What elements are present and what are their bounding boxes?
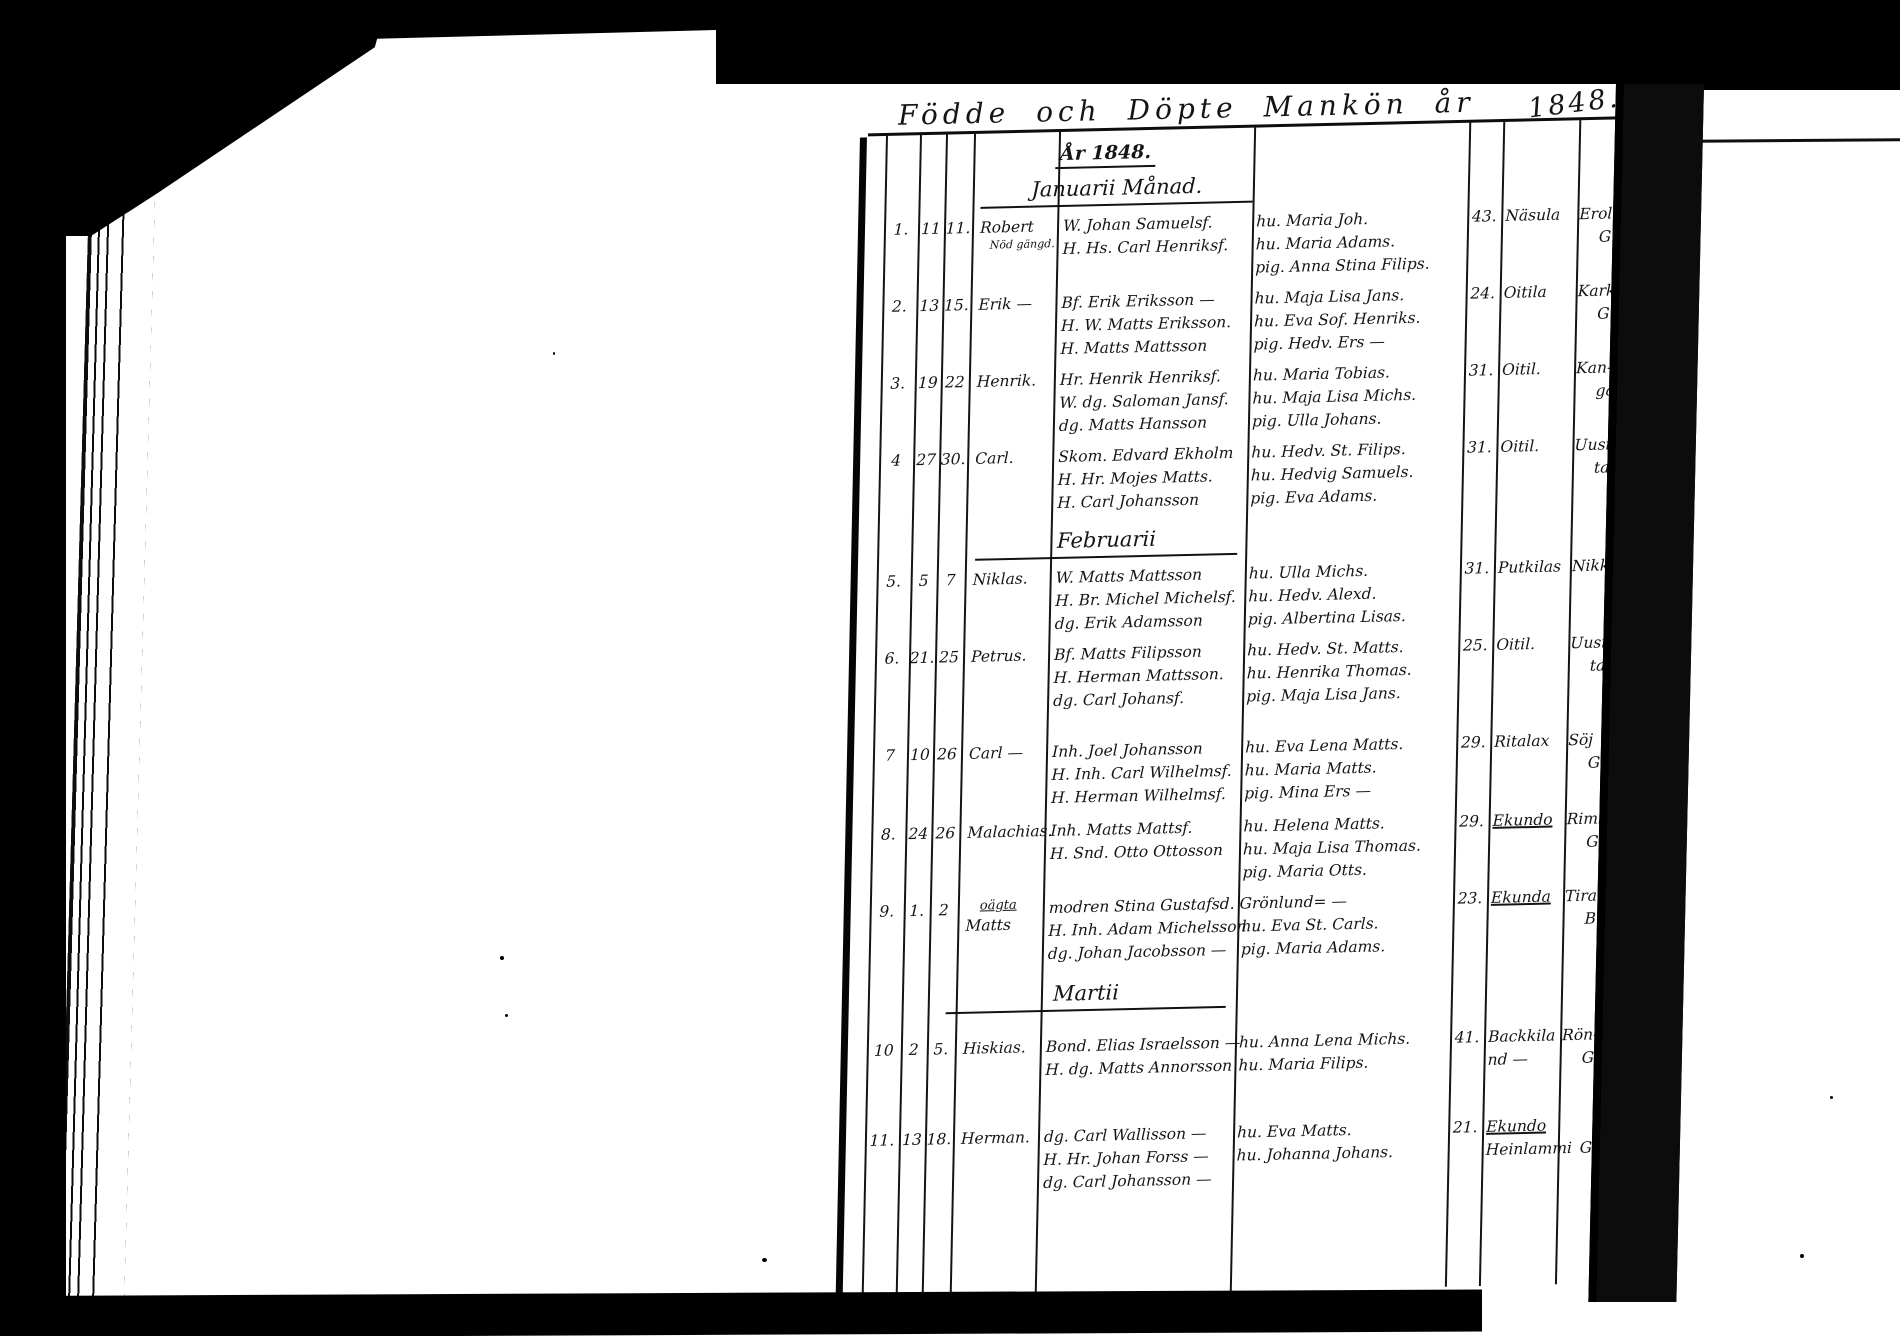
entry-village: Oitil.	[1495, 434, 1572, 505]
entry-number: 6.	[874, 647, 909, 717]
entry-mother-godmothers: hu. Hedv. St. Filips.hu. Hedvig Samuels.…	[1246, 437, 1463, 511]
register-entry: 6. 21. 25 Petrus. Bf. Matts FilipssonH. …	[874, 631, 1644, 717]
entry-number: 10	[866, 1039, 901, 1086]
scan-speck	[505, 1014, 508, 1017]
entry-village: Ritalax	[1489, 729, 1566, 800]
entry-mother-godmothers: hu. Maria Joh.hu. Maria Adams.pig. Anna …	[1251, 206, 1468, 280]
entry-mother-age: 29.	[1453, 810, 1488, 880]
entry-village: Oitila	[1498, 280, 1575, 351]
register-entry: 10 2 5. Hiskias. Bond. Elias Israelsson …	[866, 1023, 1635, 1086]
entry-village: Ekundo	[1487, 808, 1564, 879]
entry-number: 3.	[880, 372, 915, 442]
entry-mother-godmothers: hu. Eva St. Carls.pig. Maria Adams.	[1237, 888, 1454, 962]
entry-mother-godmothers: hu. Anna Lena Michs.hu. Maria Filips.	[1234, 1027, 1450, 1078]
entry-birth-day: 19	[914, 372, 941, 442]
register-table: År 1848. Januarii Månad. 1. 11 11. Rober…	[862, 118, 1655, 1300]
entry-birth-day: 13	[898, 1129, 925, 1199]
entry-child-name: Erik —	[969, 292, 1055, 363]
entry-village: EkundoHeinlammi	[1481, 1114, 1558, 1185]
entry-baptism-day: 26	[932, 743, 961, 813]
scan-border-bottom	[0, 1290, 1482, 1336]
entry-baptism-day: 5.	[926, 1038, 955, 1085]
entry-village: Backkiland —	[1483, 1024, 1560, 1072]
entry-village: Ekunda	[1486, 885, 1563, 956]
entry-baptism-day: 26	[930, 822, 959, 892]
register-entry: 9. 1. 2 oägtaMatts modren Stina Gustafsd…	[869, 884, 1639, 970]
entry-mother-godmothers: hu. Eva Matts.hu. Johanna Johans.	[1232, 1117, 1449, 1191]
entry-birth-day: 24	[904, 823, 931, 893]
entry-mother-age: 24.	[1464, 282, 1499, 352]
entry-father-witnesses: Inh. Matts Mattsf.H. Snd. Otto Ottosson	[1043, 816, 1240, 889]
entry-baptism-day: 18.	[924, 1128, 953, 1198]
entry-mother-age: 23.	[1452, 887, 1487, 957]
entry-number: 8.	[870, 823, 905, 893]
register-entry: 7 10 26 Carl — Inh. Joel JohanssonH. Inh…	[872, 728, 1642, 814]
entry-village: Putkilas	[1493, 555, 1570, 626]
entry-baptism-day: 30.	[938, 448, 967, 518]
scan-speck	[762, 1258, 767, 1262]
entry-birth-day: 1.	[903, 900, 930, 970]
entry-father-witnesses: W. Johan Samuelsf.H. Hs. Carl Henriksf.	[1056, 211, 1253, 284]
entry-village: Oitil.	[1497, 357, 1574, 428]
entry-mother-age: 31.	[1461, 436, 1496, 506]
entry-mother-age: 31.	[1459, 557, 1494, 627]
entry-child-name: RobertNöd gängd.	[971, 215, 1057, 286]
entry-child-name: Hiskias.	[954, 1036, 1040, 1084]
entry-father-witnesses: Skom. Edvard EkholmH. Hr. Mojes Matts.H.…	[1051, 442, 1248, 515]
entry-village: Näsula	[1500, 203, 1577, 274]
register-entry: 4 27 30. Carl. Skom. Edvard EkholmH. Hr.…	[878, 433, 1648, 519]
register-entry: 8. 24 26 Malachias. Inh. Matts Mattsf.H.…	[870, 807, 1640, 893]
entry-child-name: oägtaMatts	[957, 897, 1043, 968]
entry-number: 11.	[864, 1129, 899, 1199]
entry-birth-day: 5	[909, 570, 936, 640]
entry-baptism-day: 11.	[943, 217, 972, 287]
entry-mother-age: 25.	[1457, 634, 1492, 704]
entry-baptism-day: 7	[935, 569, 964, 639]
entry-baptism-day: 2	[929, 899, 958, 969]
register-entry: 11. 13 18. Herman. dg. Carl Wallisson —H…	[864, 1113, 1634, 1199]
entry-father-witnesses: dg. Carl Wallisson —H. Hr. Johan Forss —…	[1037, 1122, 1234, 1195]
entry-child-name: Henrik.	[968, 369, 1054, 440]
entry-birth-day: 21.	[908, 647, 935, 717]
entry-village: Oitil.	[1491, 632, 1568, 703]
month-heading: Martii	[946, 978, 1227, 1014]
entry-birth-day: 13	[915, 295, 942, 365]
entry-mother-age: 21.	[1447, 1116, 1482, 1186]
entry-baptism-day: 25	[934, 646, 963, 716]
scan-page-left	[60, 28, 716, 1304]
entry-mother-age: 43.	[1466, 205, 1501, 275]
entry-child-name: Carl.	[966, 446, 1052, 517]
entry-mother-godmothers: hu. Ulla Michs.hu. Hedv. Alexd.pig. Albe…	[1244, 558, 1461, 632]
entry-child-name: Niklas.	[963, 567, 1049, 638]
register-sections: År 1848. Januarii Månad. 1. 11 11. Rober…	[864, 118, 1655, 1199]
entry-mother-age: 31.	[1463, 359, 1498, 429]
scanned-parish-register: Födde och Döpte Mankön år 1848. År 1848.…	[0, 0, 1900, 1336]
scan-speck	[1830, 1096, 1833, 1099]
margin-rule-extension	[1694, 138, 1900, 142]
entry-mother-godmothers: hu. Eva Lena Matts.hu. Maria Matts.pig. …	[1240, 732, 1457, 806]
entry-father-witnesses: Bf. Matts FilipssonH. Herman Mattsson.dg…	[1047, 640, 1244, 713]
entry-number: 5.	[875, 570, 910, 640]
scan-border-left	[0, 0, 66, 1336]
month-heading: Januarii Månad.	[980, 173, 1253, 209]
entry-mother-age: 29.	[1455, 731, 1490, 801]
entry-father-witnesses: Hr. Henrik Henriksf.W. dg. Saloman Jansf…	[1053, 365, 1250, 438]
entry-father-witnesses: Bf. Erik Eriksson —H. W. Matts Eriksson.…	[1054, 288, 1251, 361]
register-entry: 5. 5 7 Niklas. W. Matts MattssonH. Br. M…	[875, 554, 1645, 640]
entry-number: 7	[872, 744, 907, 814]
entry-birth-day: 2	[900, 1039, 927, 1086]
year-heading: År 1848.	[1055, 141, 1156, 169]
entry-birth-day: 27	[912, 449, 939, 519]
entry-child-name: Malachias.	[958, 820, 1044, 891]
entry-number: 9.	[869, 900, 904, 970]
entry-birth-day: 11	[917, 218, 944, 288]
entry-mother-godmothers: hu. Maria Tobias.hu. Maja Lisa Michs.pig…	[1248, 360, 1465, 434]
entry-child-name: Herman.	[952, 1126, 1038, 1197]
month-heading: Februarii	[975, 525, 1238, 561]
entry-mother-godmothers: hu. Maja Lisa Jans.hu. Eva Sof. Henriks.…	[1249, 283, 1466, 357]
entry-number: 2.	[881, 295, 916, 365]
entry-father-witnesses: Inh. Joel JohanssonH. Inh. Carl Wilhelms…	[1045, 737, 1242, 810]
entry-father-witnesses: W. Matts MattssonH. Br. Michel Michelsf.…	[1049, 563, 1246, 636]
scan-speck	[500, 956, 504, 960]
scan-speck	[553, 352, 555, 355]
entry-number: 1.	[883, 218, 918, 288]
register-entry: 2. 13 15. Erik — Bf. Erik Eriksson —H. W…	[881, 279, 1651, 365]
entry-father-witnesses: Bond. Elias Israelsson —H. dg. Matts Ann…	[1039, 1032, 1235, 1082]
register-entry: 3. 19 22 Henrik. Hr. Henrik Henriksf.W. …	[880, 356, 1650, 442]
register-entry: 1. 11 11. RobertNöd gängd. W. Johan Samu…	[883, 202, 1653, 288]
entry-mother-age: 41.	[1449, 1026, 1484, 1073]
entry-child-name: Petrus.	[962, 644, 1048, 715]
scan-speck	[1800, 1254, 1804, 1258]
entry-number: 4	[878, 449, 913, 519]
entry-birth-day: 10	[906, 744, 933, 814]
entry-mother-godmothers: hu. Helena Matts.hu. Maja Lisa Thomas.pi…	[1238, 811, 1455, 885]
entry-child-name: Carl —	[960, 741, 1046, 812]
entry-mother-godmothers: hu. Hedv. St. Matts.hu. Henrika Thomas.p…	[1242, 635, 1459, 709]
entry-baptism-day: 15.	[941, 294, 970, 364]
entry-father-witnesses: modren Stina Gustafsd. Grönlund= —H. Inh…	[1042, 893, 1239, 966]
entry-baptism-day: 22	[940, 371, 969, 441]
